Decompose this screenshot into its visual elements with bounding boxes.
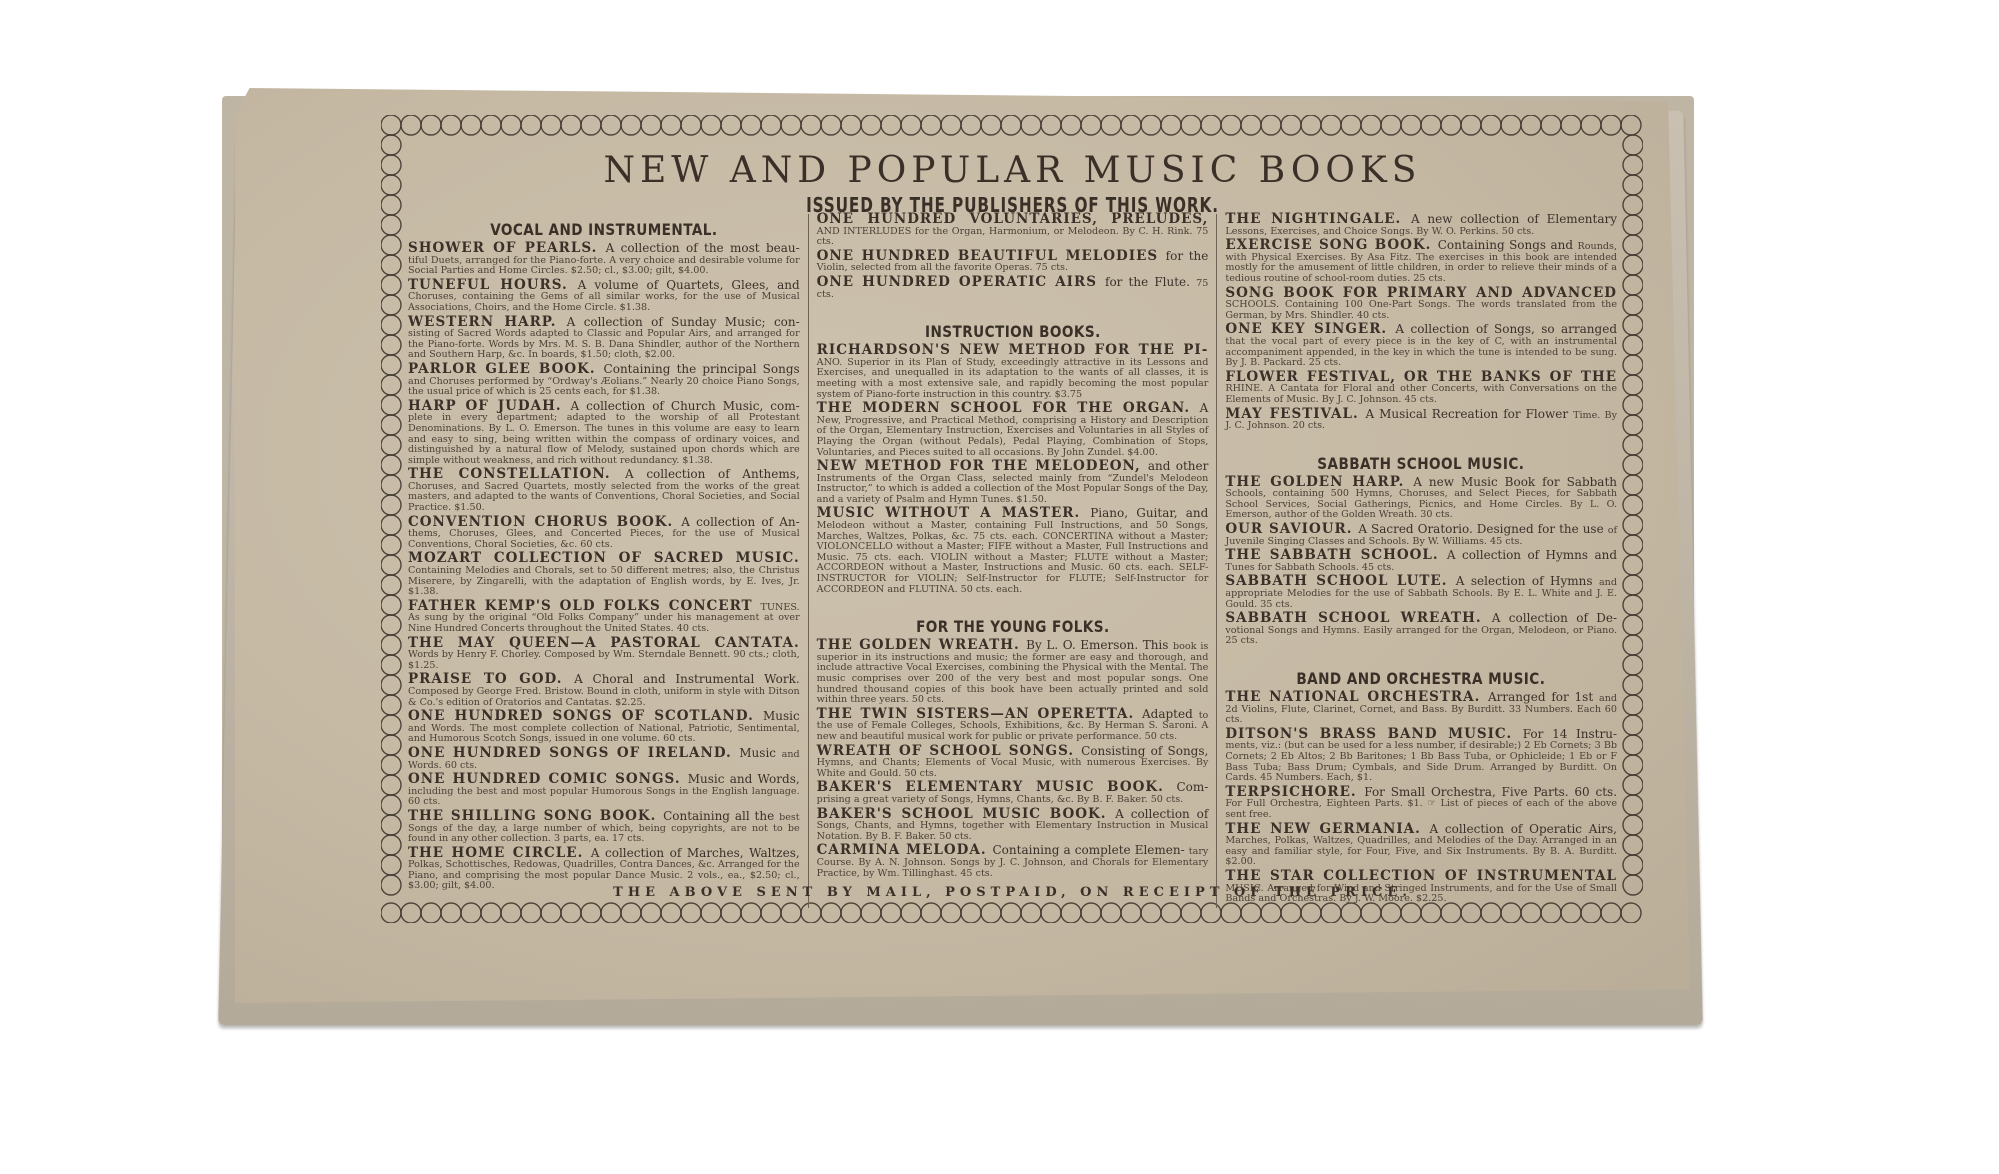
column-3: THE NIGHTINGALE. A new collection of Ele… bbox=[1216, 214, 1625, 908]
book-description: that the vocal part of every piece is in… bbox=[1225, 336, 1617, 368]
book-lead: A selection of Hymns bbox=[1456, 574, 1599, 588]
book-title: WREATH OF SCHOOL SONGS. bbox=[817, 743, 1081, 759]
book-listing: HARP OF JUDAH. A collection of Church Mu… bbox=[408, 401, 800, 467]
book-listing: ONE HUNDRED BEAUTIFUL MELODIES for the V… bbox=[817, 251, 1209, 274]
book-title: ONE HUNDRED OPERATIC AIRS bbox=[817, 274, 1105, 290]
book-description: Choruses, containing the Gems of all sim… bbox=[408, 291, 800, 313]
book-listing: THE TWIN SISTERS—AN OPERETTA. Adapted to… bbox=[817, 709, 1209, 743]
book-title: NEW METHOD FOR THE MELODEON, bbox=[817, 458, 1148, 474]
book-lead: Containing a complete Elemen- bbox=[993, 843, 1189, 857]
book-listing: MOZART COLLECTION OF SACRED MUSIC. Conta… bbox=[408, 553, 800, 597]
book-title: CARMINA MELODA. bbox=[817, 842, 993, 858]
book-listing: WREATH OF SCHOOL SONGS. Consisting of So… bbox=[817, 746, 1209, 780]
book-description: Marches, Polkas, Waltzes, Quadrilles, an… bbox=[1225, 835, 1617, 867]
book-listing: THE CONSTELLATION. A collection of Anthe… bbox=[408, 469, 800, 513]
book-lead: A new Music Book for Sabbath bbox=[1413, 475, 1617, 489]
book-description: Songs, Chants, and Hymns, together with … bbox=[817, 820, 1209, 842]
book-title: CONVENTION CHORUS BOOK. bbox=[408, 514, 681, 530]
book-lead: A collection of Hymns and bbox=[1447, 548, 1617, 562]
book-description: votional Songs and Hymns. Easily arrange… bbox=[1225, 625, 1617, 647]
book-listing: THE MODERN SCHOOL FOR THE ORGAN. A New, … bbox=[817, 403, 1209, 458]
book-listing: MAY FESTIVAL. A Musical Recreation for F… bbox=[1225, 409, 1617, 432]
book-description: Melodeon without a Master, containing Fu… bbox=[817, 520, 1209, 595]
book-lead: A bbox=[1200, 401, 1209, 415]
book-title: SHOWER OF PEARLS. bbox=[408, 240, 606, 256]
book-lead: Consisting of Songs, bbox=[1081, 744, 1208, 758]
book-title: TERPSICHORE. bbox=[1225, 784, 1364, 800]
book-lead: A collection of Songs, so arranged bbox=[1395, 322, 1617, 336]
book-title: THE HOME CIRCLE. bbox=[408, 845, 591, 861]
book-title: SABBATH SCHOOL WREATH. bbox=[1225, 610, 1491, 626]
book-lead: A collection of An- bbox=[681, 515, 799, 529]
book-description: Schools, containing 500 Hymns, Choruses,… bbox=[1225, 488, 1617, 520]
section-heading: FOR THE YOUNG FOLKS. bbox=[846, 617, 1179, 636]
book-title: THE GOLDEN WREATH. bbox=[817, 637, 1027, 653]
book-lead: A collection of Anthems, bbox=[625, 467, 800, 481]
book-description: Hymns, and Chants; Elements of Vocal Mus… bbox=[817, 757, 1209, 779]
book-title: ONE HUNDRED SONGS OF IRELAND. bbox=[408, 745, 739, 761]
book-title: ONE HUNDRED SONGS OF SCOTLAND. bbox=[408, 708, 763, 724]
book-listing: ONE HUNDRED OPERATIC AIRS for the Flute.… bbox=[817, 277, 1209, 300]
book-listing: FLOWER FESTIVAL, OR THE BANKS OF THE RHI… bbox=[1225, 372, 1617, 406]
book-listing: SABBATH SCHOOL LUTE. A selection of Hymn… bbox=[1225, 576, 1617, 610]
book-listing: TUNEFUL HOURS. A volume of Quartets, Gle… bbox=[408, 280, 800, 314]
book-description: Lessons, Exercises, and Choice Songs. By… bbox=[1225, 226, 1534, 237]
book-description: tiful Duets, arranged for the Piano-fort… bbox=[408, 255, 800, 277]
book-lead: A collection of Sunday Music; con- bbox=[567, 315, 800, 329]
book-title: PARLOR GLEE BOOK. bbox=[408, 361, 604, 377]
book-lead: Containing Songs and bbox=[1438, 238, 1578, 252]
book-listing: THE SHILLING SONG BOOK. Containing all t… bbox=[408, 811, 800, 845]
book-listing: CARMINA MELODA. Containing a complete El… bbox=[817, 845, 1209, 879]
book-listing: PRAISE TO GOD. A Choral and Instrumental… bbox=[408, 674, 800, 708]
book-listing: DITSON'S BRASS BAND MUSIC. For 14 Instru… bbox=[1225, 729, 1617, 784]
book-listing: EXERCISE SONG BOOK. Containing Songs and… bbox=[1225, 240, 1617, 284]
book-lead: Piano, Guitar, and bbox=[1090, 506, 1208, 520]
book-description: RHINE. A Cantata for Floral and other Co… bbox=[1225, 383, 1617, 405]
book-description: SCHOOLS. Containing 100 One-Part Songs. … bbox=[1225, 299, 1617, 321]
book-description: Instruments of the Organ Class, selected… bbox=[817, 473, 1209, 505]
book-title: OUR SAVIOUR. bbox=[1225, 521, 1358, 537]
book-lead: A collection of bbox=[1115, 807, 1208, 821]
book-description: Tunes for Sabbath Schools. 45 cts. bbox=[1225, 562, 1394, 573]
book-title: EXERCISE SONG BOOK. bbox=[1225, 237, 1437, 253]
book-listing: ONE HUNDRED COMIC SONGS. Music and Words… bbox=[408, 774, 800, 808]
book-title: DITSON'S BRASS BAND MUSIC. bbox=[1225, 726, 1522, 742]
book-listing: FATHER KEMP'S OLD FOLKS CONCERT TUNES. A… bbox=[408, 601, 800, 635]
book-title: ONE KEY SINGER. bbox=[1225, 321, 1395, 337]
book-listing: TERPSICHORE. For Small Orchestra, Five P… bbox=[1225, 787, 1617, 821]
book-description: AND INTERLUDES for the Organ, Harmonium,… bbox=[817, 226, 1209, 248]
book-description: Violin, selected from all the favorite O… bbox=[817, 262, 1068, 273]
book-lead: A Choral and Instrumental Work. bbox=[574, 672, 800, 686]
book-listing: THE MAY QUEEN—A PASTORAL CANTATA. Words … bbox=[408, 638, 800, 672]
book-title: ONE HUNDRED COMIC SONGS. bbox=[408, 771, 688, 787]
book-listing: THE GOLDEN WREATH. By L. O. Emerson. Thi… bbox=[817, 640, 1209, 706]
book-listing: SONG BOOK FOR PRIMARY AND ADVANCED SCHOO… bbox=[1225, 288, 1617, 322]
book-listing: ONE HUNDRED VOLUNTARIES, PRELUDES, AND I… bbox=[817, 214, 1209, 248]
columns: VOCAL AND INSTRUMENTAL.SHOWER OF PEARLS.… bbox=[400, 214, 1625, 908]
book-lead: A volume of Quartets, Glees, and bbox=[578, 278, 800, 292]
book-listing: MUSIC WITHOUT A MASTER. Piano, Guitar, a… bbox=[817, 508, 1209, 595]
section-heading: VOCAL AND INSTRUMENTAL. bbox=[437, 220, 770, 239]
book-lead: for the Flute. bbox=[1105, 275, 1196, 289]
book-lead: for the bbox=[1166, 249, 1209, 263]
book-title: BAKER'S SCHOOL MUSIC BOOK. bbox=[817, 806, 1116, 822]
book-lead: Com- bbox=[1177, 780, 1209, 794]
book-title: TUNEFUL HOURS. bbox=[408, 277, 578, 293]
book-listing: ONE HUNDRED SONGS OF IRELAND. Music and … bbox=[408, 748, 800, 771]
book-lead: Containing the principal Songs bbox=[604, 362, 800, 376]
column-1: VOCAL AND INSTRUMENTAL.SHOWER OF PEARLS.… bbox=[400, 214, 808, 908]
book-lead: For Small Orchestra, Five Parts. 60 cts. bbox=[1364, 785, 1617, 799]
book-lead: A collection of Marches, Waltzes, bbox=[591, 846, 800, 860]
book-description: sisting of Sacred Words adapted to Class… bbox=[408, 328, 800, 360]
book-description: Choruses, and Sacred Quartets, mostly se… bbox=[408, 481, 800, 513]
book-title: HARP OF JUDAH. bbox=[408, 398, 570, 414]
book-title: THE MAY QUEEN—A PASTORAL CANTATA. bbox=[408, 635, 800, 651]
book-listing: ONE HUNDRED SONGS OF SCOTLAND. Music and… bbox=[408, 711, 800, 745]
book-description: thems, Choruses, Glees, and Concerted Pi… bbox=[408, 528, 800, 550]
book-description: including the best and most popular Humo… bbox=[408, 786, 800, 808]
book-listing: SHOWER OF PEARLS. A collection of the mo… bbox=[408, 243, 800, 277]
section-heading: INSTRUCTION BOOKS. bbox=[846, 322, 1179, 341]
book-listing: THE NATIONAL ORCHESTRA. Arranged for 1st… bbox=[1225, 692, 1617, 726]
book-lead: A collection of the most beau- bbox=[606, 241, 800, 255]
book-listing: THE GOLDEN HARP. A new Music Book for Sa… bbox=[1225, 477, 1617, 521]
book-title: ONE HUNDRED VOLUNTARIES, PRELUDES, bbox=[817, 211, 1209, 227]
book-title: MAY FESTIVAL. bbox=[1225, 406, 1365, 422]
book-lead: A Sacred Oratorio. Designed for the use bbox=[1358, 522, 1607, 536]
book-description: New, Progressive, and Practical Method, … bbox=[817, 415, 1209, 458]
book-listing: SABBATH SCHOOL WREATH. A collection of D… bbox=[1225, 613, 1617, 647]
book-title: THE SHILLING SONG BOOK. bbox=[408, 808, 663, 824]
book-title: THE NATIONAL ORCHESTRA. bbox=[1225, 689, 1488, 705]
book-description: ments, viz.: (but can be used for a less… bbox=[1225, 740, 1617, 783]
book-description: plete in every department; adapted to th… bbox=[408, 412, 800, 465]
book-listing: RICHARDSON'S NEW METHOD FOR THE PI- ANO.… bbox=[817, 345, 1209, 400]
book-lead: Containing all the bbox=[663, 809, 779, 823]
book-title: THE STAR COLLECTION OF INSTRUMENTAL bbox=[1225, 868, 1617, 884]
book-lead: and other bbox=[1148, 459, 1208, 473]
book-lead: A collection of Church Music, com- bbox=[570, 399, 799, 413]
section-heading: BAND AND ORCHESTRA MUSIC. bbox=[1255, 669, 1588, 688]
book-listing: PARLOR GLEE BOOK. Containing the princip… bbox=[408, 364, 800, 398]
book-lead: Adapted bbox=[1142, 707, 1199, 721]
book-title: THE TWIN SISTERS—AN OPERETTA. bbox=[817, 706, 1142, 722]
column-2: ONE HUNDRED VOLUNTARIES, PRELUDES, AND I… bbox=[808, 214, 1217, 908]
book-lead: A collection of De- bbox=[1492, 611, 1617, 625]
book-title: THE NIGHTINGALE. bbox=[1225, 211, 1411, 227]
book-title: THE MODERN SCHOOL FOR THE ORGAN. bbox=[817, 400, 1200, 416]
section-heading: SABBATH SCHOOL MUSIC. bbox=[1255, 454, 1588, 473]
book-title: MOZART COLLECTION OF SACRED MUSIC. bbox=[408, 550, 800, 566]
book-listing: WESTERN HARP. A collection of Sunday Mus… bbox=[408, 317, 800, 361]
book-lead: Arranged for 1st bbox=[1488, 690, 1599, 704]
book-description: and Choruses performed by “Ordway's Æoli… bbox=[408, 376, 800, 398]
book-lead: Music bbox=[763, 709, 800, 723]
book-lead: A collection of Operatic Airs, bbox=[1429, 822, 1617, 836]
book-title: MUSIC WITHOUT A MASTER. bbox=[817, 505, 1091, 521]
book-lead: By L. O. Emerson. This bbox=[1026, 638, 1173, 652]
book-lead: A Musical Recreation for Flower bbox=[1366, 407, 1574, 421]
book-title: RICHARDSON'S NEW METHOD FOR THE PI- bbox=[817, 342, 1209, 358]
book-listing: THE NEW GERMANIA. A collection of Operat… bbox=[1225, 824, 1617, 868]
book-title: WESTERN HARP. bbox=[408, 314, 567, 330]
book-description: Containing Melodies and Chorals, set to … bbox=[408, 565, 800, 597]
book-lead: Music bbox=[739, 746, 781, 760]
page-title: NEW AND POPULAR MUSIC BOOKS bbox=[400, 150, 1625, 191]
book-listing: THE NIGHTINGALE. A new collection of Ele… bbox=[1225, 214, 1617, 237]
book-description: For Full Orchestra, Eighteen Parts. $1. … bbox=[1225, 798, 1617, 820]
book-title: BAKER'S ELEMENTARY MUSIC BOOK. bbox=[817, 779, 1177, 795]
book-title: THE NEW GERMANIA. bbox=[1225, 821, 1429, 837]
book-description: Composed by George Fred. Bristow. Bound … bbox=[408, 686, 800, 708]
book-listing: NEW METHOD FOR THE MELODEON, and other I… bbox=[817, 461, 1209, 505]
book-lead: A new collection of Elementary bbox=[1411, 212, 1617, 226]
book-title: THE SABBATH SCHOOL. bbox=[1225, 547, 1447, 563]
book-lead: Music and Words, bbox=[688, 772, 800, 786]
book-listing: BAKER'S ELEMENTARY MUSIC BOOK. Com- pris… bbox=[817, 782, 1209, 805]
book-listing: OUR SAVIOUR. A Sacred Oratorio. Designed… bbox=[1225, 524, 1617, 547]
book-description: Words by Henry F. Chorley. Composed by W… bbox=[408, 649, 800, 671]
book-listing: BAKER'S SCHOOL MUSIC BOOK. A collection … bbox=[817, 809, 1209, 843]
advertisement-page: NEW AND POPULAR MUSIC BOOKS ISSUED BY TH… bbox=[400, 135, 1625, 915]
book-title: THE CONSTELLATION. bbox=[408, 466, 625, 482]
book-listing: THE SABBATH SCHOOL. A collection of Hymn… bbox=[1225, 550, 1617, 573]
book-lead: For 14 Instru- bbox=[1523, 727, 1617, 741]
book-listing: CONVENTION CHORUS BOOK. A collection of … bbox=[408, 517, 800, 551]
book-title: SABBATH SCHOOL LUTE. bbox=[1225, 573, 1455, 589]
book-description: prising a great variety of Songs, Hymns,… bbox=[817, 794, 1184, 805]
book-description: and Words. The most complete collection … bbox=[408, 723, 800, 745]
book-title: FLOWER FESTIVAL, OR THE BANKS OF THE bbox=[1225, 369, 1617, 385]
book-title: ONE HUNDRED BEAUTIFUL MELODIES bbox=[817, 248, 1166, 264]
book-listing: ONE KEY SINGER. A collection of Songs, s… bbox=[1225, 324, 1617, 368]
book-title: SONG BOOK FOR PRIMARY AND ADVANCED bbox=[1225, 285, 1617, 301]
book-title: PRAISE TO GOD. bbox=[408, 671, 574, 687]
book-title: THE GOLDEN HARP. bbox=[1225, 474, 1413, 490]
footer-note: THE ABOVE SENT BY MAIL, POSTPAID, ON REC… bbox=[400, 885, 1625, 900]
book-title: FATHER KEMP'S OLD FOLKS CONCERT bbox=[408, 598, 761, 614]
book-description: ANO. Superior in its Plan of Study, exce… bbox=[817, 357, 1209, 400]
